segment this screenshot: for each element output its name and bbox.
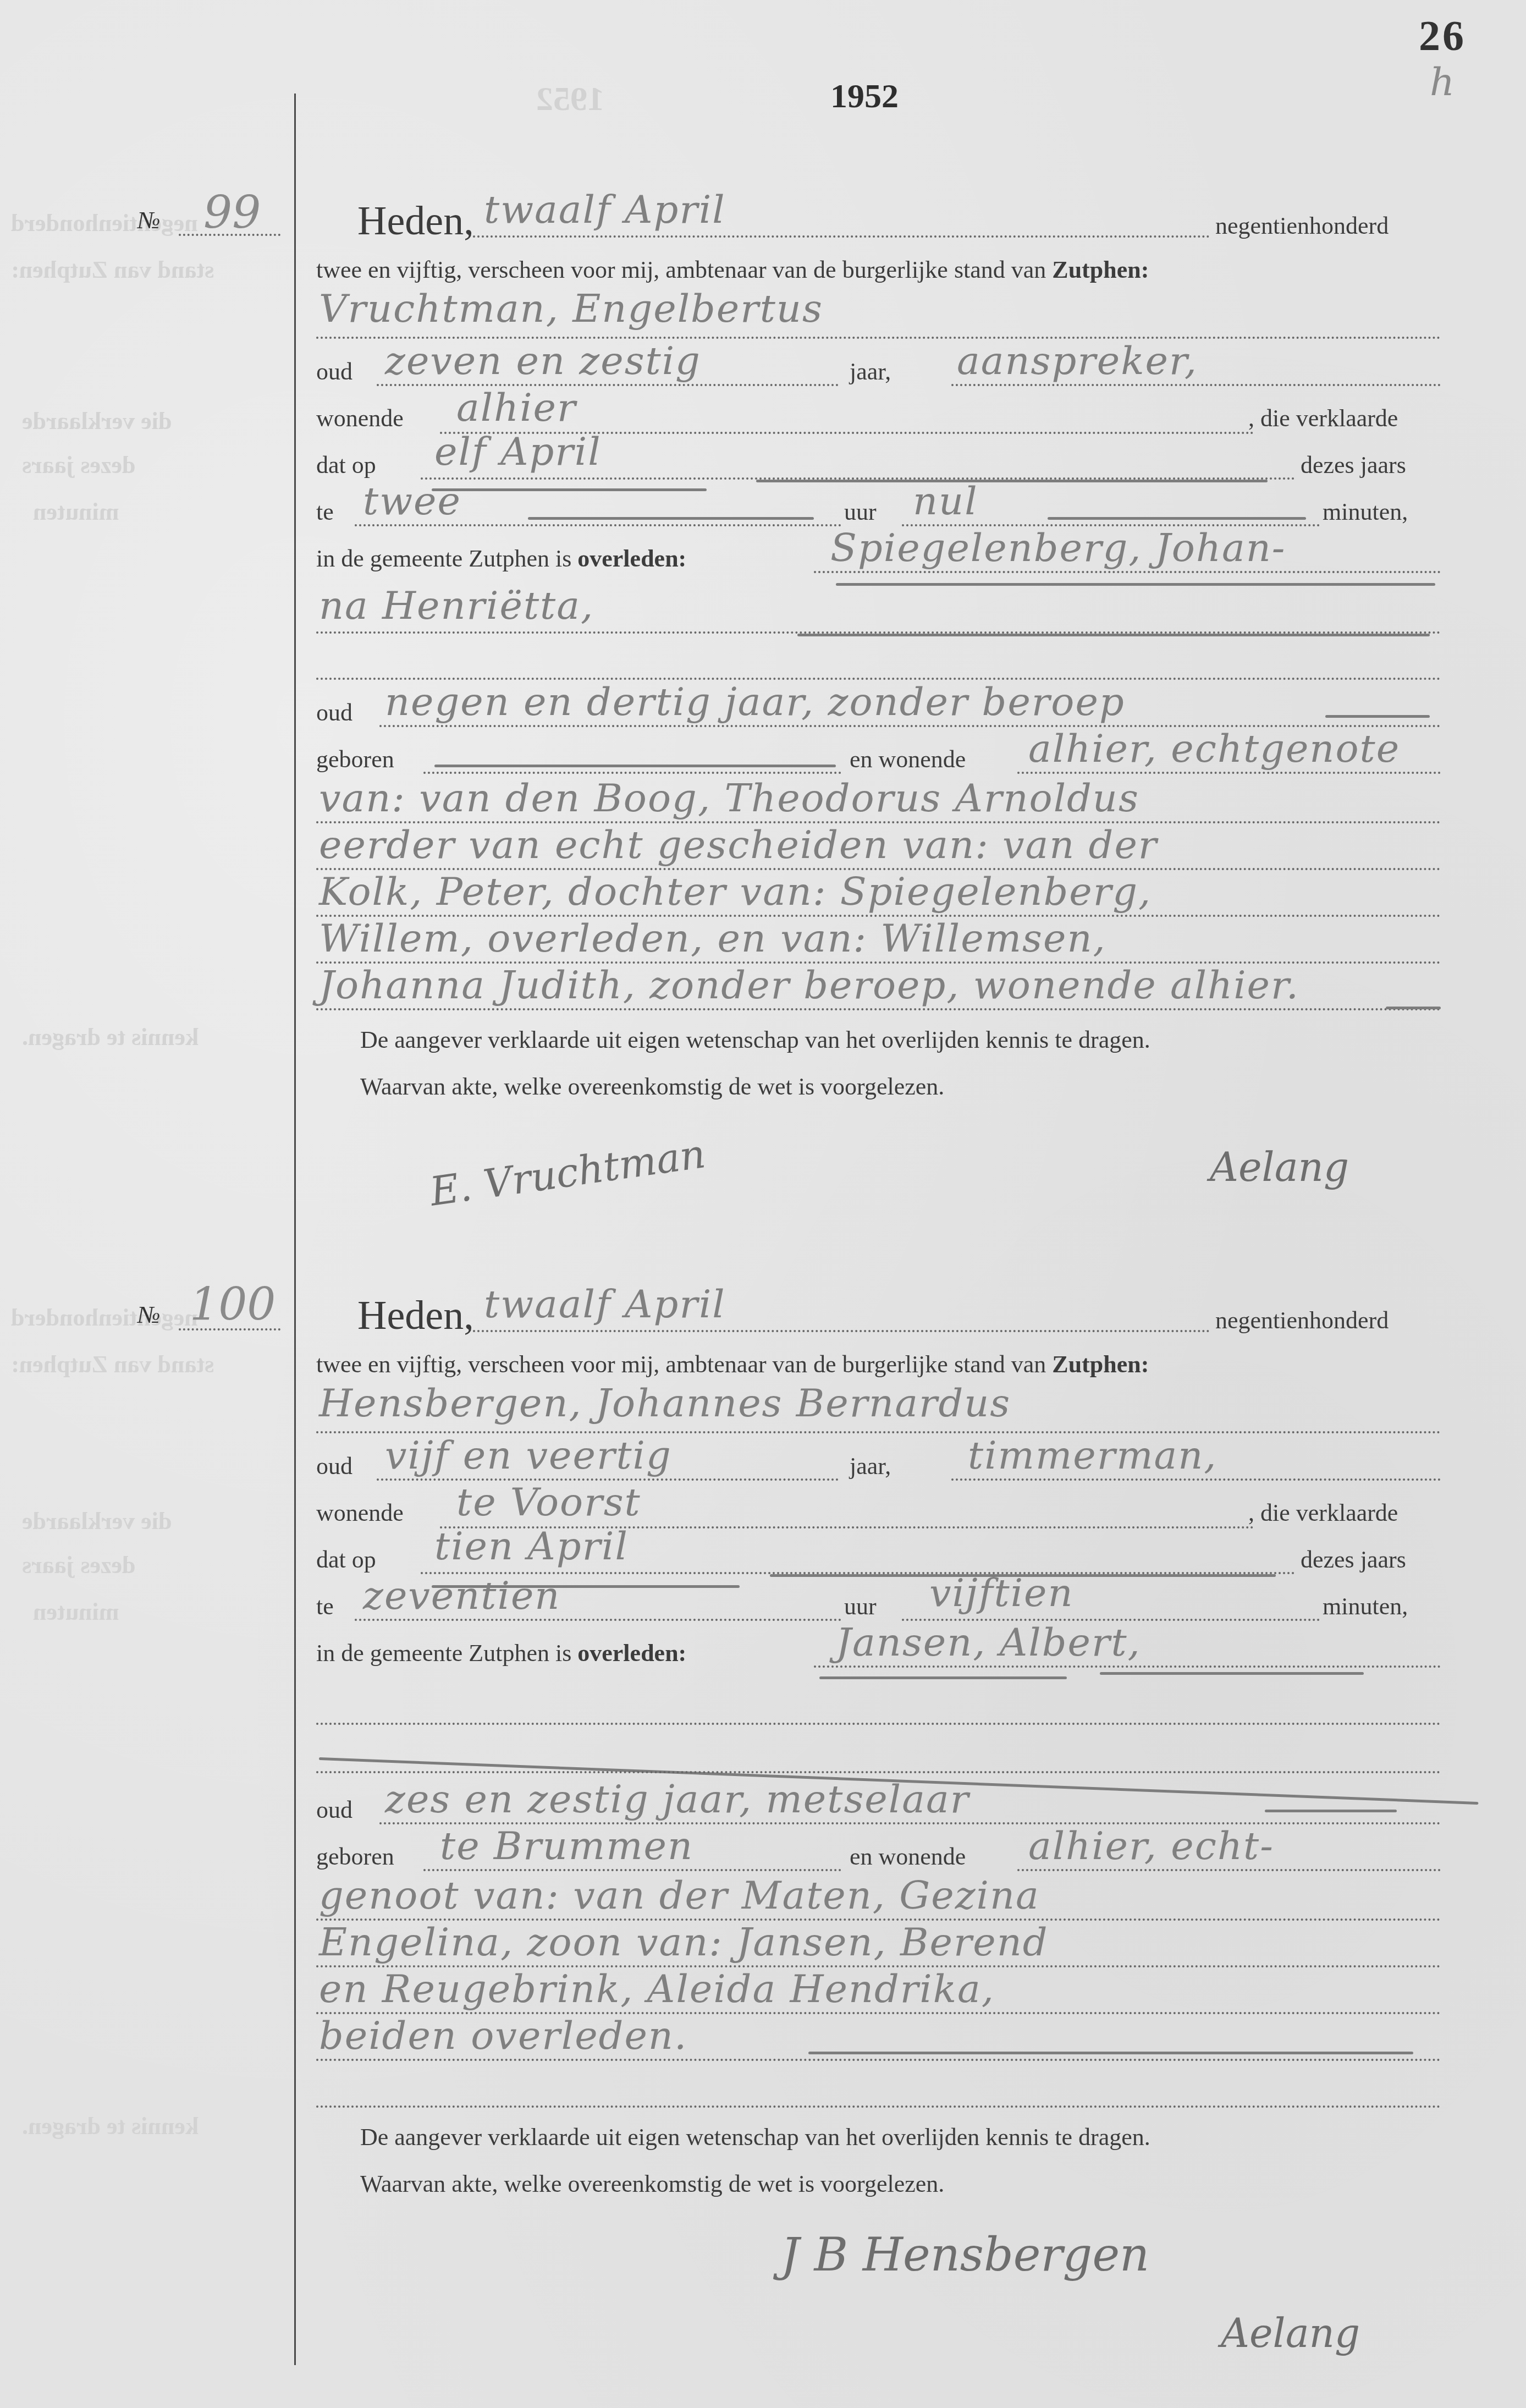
overleden-label: in de gemeente Zutphen is overleden: (316, 1639, 686, 1667)
date-field-line (473, 235, 1210, 238)
minuten-label: minuten, (1323, 1592, 1408, 1620)
uur-label: uur (844, 1592, 877, 1620)
deceased-name-line-2 (316, 1723, 1441, 1725)
death-date: elf April (434, 429, 602, 474)
minuten-label: minuten, (1323, 498, 1408, 526)
detail-line: van: van den Boog, Theodorus Arnoldus (319, 776, 1139, 821)
ghost-text: negentienhonderd (11, 1304, 198, 1332)
death-minutes: nul (913, 479, 978, 524)
underline-stroke (1100, 1672, 1364, 1675)
en-wonende-label: en wonende (850, 745, 966, 773)
dezes-jaars-label: dezes jaars (1301, 451, 1406, 479)
closing-attestation: Waarvan akte, welke overeenkomstig de we… (360, 2170, 944, 2198)
cancel-stroke (1048, 517, 1306, 520)
wonende-label: wonende (316, 1499, 404, 1527)
ghost-text: kennis te dragen. (22, 2112, 199, 2140)
record-number-value: 99 (203, 187, 261, 239)
page-number: 26 (1419, 11, 1466, 61)
te-label: te (316, 498, 334, 526)
ghost-text: die verklaarde (22, 1507, 172, 1535)
deceased-age-occupation: zes en zestig jaar, metselaar (385, 1777, 969, 1822)
closing-statement: De aangever verklaarde uit eigen wetensc… (360, 1026, 1150, 1054)
record-number: № (137, 1301, 161, 1329)
declarant-age: zeven en zestig (385, 338, 701, 383)
dat-op-label: dat op (316, 1546, 376, 1574)
negentienhonderd-label: negentienhonderd (1215, 212, 1389, 240)
occupation-field-line (951, 1478, 1441, 1481)
occupation-field-line (951, 384, 1441, 386)
cancel-stroke (797, 634, 1430, 636)
birthplace-field-line (423, 772, 841, 774)
deceased-age-occupation: negen en dertig jaar, zonder beroep (385, 679, 1125, 724)
underline-stroke (819, 1676, 1067, 1679)
die-verklaarde-label: , die verklaarde (1248, 1499, 1398, 1527)
ruled-line (316, 1008, 1441, 1010)
ghost-text: minuten (33, 1598, 119, 1626)
ghost-text: dezes jaars (22, 1551, 136, 1579)
declarant-residence: te Voorst (456, 1480, 641, 1525)
closing-statement: De aangever verklaarde uit eigen wetensc… (360, 2123, 1150, 2151)
deceased-birthplace: te Brummen (440, 1823, 693, 1868)
ghost-text: minuten (33, 498, 119, 526)
overleden-label: in de gemeente Zutphen is overleden: (316, 545, 686, 573)
numero-sign: № (137, 207, 161, 234)
deceased-name-line2: na Henriëtta, (319, 583, 594, 628)
deceased-residence: alhier, echt- (1028, 1823, 1274, 1868)
appearance-line: twee en vijftig, verscheen voor mij, amb… (316, 1350, 1149, 1378)
cancel-stroke (1325, 715, 1430, 718)
declarant-occupation: aanspreker, (957, 338, 1198, 383)
death-date: tien April (434, 1524, 629, 1569)
ghost-year-bleedthrough: 1952 (536, 80, 604, 119)
wonende-label: wonende (316, 404, 404, 432)
cancel-stroke (434, 765, 836, 767)
hour-field-line (355, 524, 841, 526)
date-written: twaalf April (484, 1282, 726, 1327)
register-year: 1952 (830, 77, 899, 116)
detail-line: Kolk, Peter, dochter van: Spiegelenberg, (319, 869, 1152, 914)
cancel-stroke (1386, 1007, 1441, 1009)
detail-line: Johanna Judith, zonder beroep, wonende a… (319, 963, 1299, 1008)
cancel-stroke (432, 488, 707, 491)
death-minutes: vijftien (929, 1570, 1074, 1615)
deceased-name-line (814, 571, 1441, 573)
cancel-stroke (756, 480, 1268, 482)
appearance-line: twee en vijftig, verscheen voor mij, amb… (316, 256, 1149, 284)
registrar-signature: Aelang (1210, 1144, 1349, 1190)
heden-label: Heden, (357, 198, 474, 245)
date-written: twaalf April (484, 187, 726, 232)
deceased-residence: alhier, echtgenote (1028, 726, 1400, 771)
ruled-line (316, 2059, 1441, 2061)
declarant-signature: J B Hensbergen (781, 2228, 1149, 2281)
oud-label: oud (316, 358, 352, 386)
uur-label: uur (844, 498, 877, 526)
detail-line: Willem, overleden, en van: Willemsen, (319, 916, 1106, 961)
ghost-text: dezes jaars (22, 451, 136, 479)
jaar-label: jaar, (850, 1452, 891, 1480)
registrar-signature: Aelang (1221, 2310, 1360, 2356)
declarant-age: vijf en veertig (385, 1433, 672, 1478)
deceased-name-line (814, 1665, 1441, 1668)
hour-field-line (355, 1619, 841, 1621)
date-field-line (473, 1330, 1210, 1332)
blank-line (316, 1771, 1441, 1773)
detail-line: en Reugebrink, Aleida Hendrika, (319, 1966, 995, 2011)
cancel-stroke (808, 2052, 1413, 2054)
death-hour: twee (363, 479, 461, 524)
negentienhonderd-label: negentienhonderd (1215, 1306, 1389, 1334)
margin-rule (294, 94, 296, 2365)
detail-line: genoot van: van der Maten, Gezina (319, 1873, 1040, 1918)
age-field-line (377, 384, 839, 386)
dezes-jaars-label: dezes jaars (1301, 1546, 1406, 1574)
jaar-label: jaar, (850, 358, 891, 386)
death-hour: zeventien (363, 1573, 560, 1618)
underline-stroke (836, 583, 1435, 586)
ghost-text: negentienhonderd (11, 209, 198, 237)
declarant-name: Hensbergen, Johannes Bernardus (319, 1381, 1011, 1426)
numero-sign: № (137, 1301, 161, 1328)
deceased-residence-line (1017, 772, 1441, 774)
te-label: te (316, 1592, 334, 1620)
cancel-stroke (1265, 1810, 1397, 1812)
cancel-stroke (528, 517, 814, 520)
ghost-text: stand van Zutphen: (11, 256, 214, 284)
detail-line: beiden overleden. (319, 2013, 687, 2058)
record-number-value: 100 (190, 1279, 276, 1331)
en-wonende-label: en wonende (850, 1843, 966, 1871)
oud-label: oud (316, 1452, 352, 1480)
detail-line: eerder van echt gescheiden van: van der (319, 822, 1158, 867)
oud-label: oud (316, 699, 352, 727)
geboren-label: geboren (316, 745, 394, 773)
deceased-name-line1: Spiegelenberg, Johan- (830, 525, 1286, 570)
ghost-text: stand van Zutphen: (11, 1350, 214, 1378)
folio-mark: h (1430, 59, 1455, 105)
heden-label: Heden, (357, 1293, 474, 1339)
geboren-label: geboren (316, 1843, 394, 1871)
declarant-occupation: timmerman, (968, 1433, 1218, 1478)
declarant-residence: alhier (456, 385, 576, 430)
dat-op-label: dat op (316, 451, 376, 479)
declarant-name: Vruchtman, Engelbertus (319, 286, 823, 331)
birthplace-field-line (423, 1869, 841, 1871)
ghost-text: kennis te dragen. (22, 1023, 199, 1051)
deceased-name-line1: Jansen, Albert, (836, 1620, 1141, 1665)
paper-background (0, 0, 1526, 2408)
closing-attestation: Waarvan akte, welke overeenkomstig de we… (360, 1073, 944, 1101)
oud-label: oud (316, 1796, 352, 1824)
detail-line: Engelina, zoon van: Jansen, Berend (319, 1920, 1049, 1965)
deceased-residence-line (1017, 1869, 1441, 1871)
ruled-line (316, 2105, 1441, 2108)
die-verklaarde-label: , die verklaarde (1248, 404, 1398, 432)
record-number: № (137, 206, 161, 234)
ghost-text: die verklaarde (22, 407, 172, 435)
